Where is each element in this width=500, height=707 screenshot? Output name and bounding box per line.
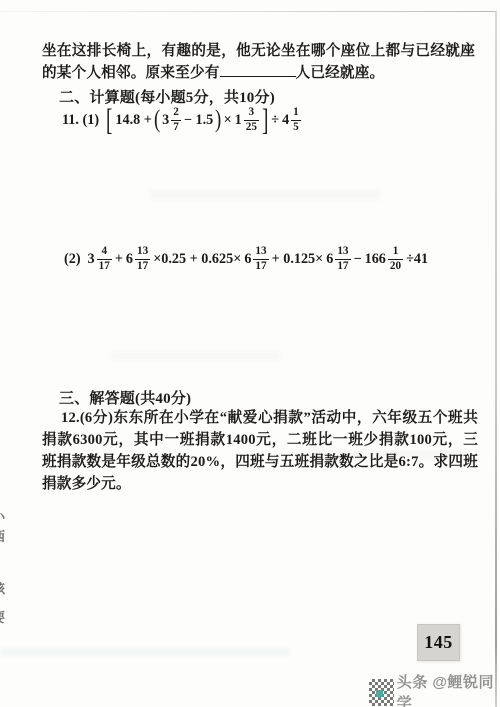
formula-term: + 0.125×: [272, 251, 324, 268]
mixed-number-whole: 166: [365, 251, 386, 268]
fraction: 325: [244, 107, 259, 134]
fraction-numerator: 13: [335, 246, 350, 259]
answer-blank: [220, 63, 296, 77]
watermark: 头条 @鲤锐同学: [369, 671, 500, 707]
page-edge-right: [495, 11, 497, 707]
fraction-numerator: 1: [391, 246, 401, 259]
fraction-numerator: 3: [247, 107, 257, 120]
problem-11-formula-2: (2) 3 417 + 6 1317 ×0.25 + 0.625× 6 1317…: [64, 242, 428, 276]
problem-11-2-label: (2): [64, 251, 81, 268]
fraction-denominator: 20: [388, 259, 403, 273]
exam-page: 坐在这排长椅上，有趣的是，他无论坐在哪个座位上都与已经就座的某个人相邻。原来至少…: [0, 0, 500, 707]
mixed-number-whole: 6: [326, 251, 333, 268]
formula-operator: +: [115, 251, 123, 268]
watermark-text: 头条 @鲤锐同学: [397, 671, 500, 707]
fraction-denominator: 17: [335, 259, 350, 273]
fraction-numerator: 4: [99, 246, 109, 259]
fraction-denominator: 17: [135, 259, 150, 273]
problem-11-formula-1: 11. (1) [ 14.8 + ( 3 27 − 1.5 ) × 1 325 …: [62, 102, 301, 138]
watermark-qr-icon: [369, 679, 394, 706]
fraction: 1317: [253, 246, 268, 273]
fraction: 1317: [135, 246, 150, 273]
scan-light-band: [0, 648, 290, 656]
bleed-through-smudge: [150, 190, 380, 200]
formula-term: 14.8 +: [115, 112, 151, 129]
page-number-badge: 145: [417, 624, 460, 661]
fraction-denominator: 7: [171, 120, 181, 134]
bleed-through-smudge: [110, 352, 280, 360]
margin-fragment: 核: [0, 578, 8, 597]
formula-term: ×0.25 + 0.625×: [153, 251, 241, 268]
mixed-number-whole: 6: [126, 251, 133, 268]
mixed-number-whole: 3: [162, 112, 169, 129]
formula-term: ÷41: [406, 251, 428, 268]
fraction: 15: [291, 107, 301, 134]
margin-fragment: 小: [0, 506, 8, 525]
formula-operator: ÷: [271, 112, 279, 129]
mixed-number-whole: 6: [244, 251, 251, 268]
page-edge-top: [0, 11, 497, 12]
margin-fragment: 西: [0, 526, 8, 545]
intro-text-after-blank: 人已经就座。: [296, 65, 385, 81]
margin-fragment: 要: [0, 607, 8, 626]
problem-12-text: 12.(6分)东东所在小学在“献爱心捐款”活动中，六年级五个班共捐款6300元，…: [42, 407, 478, 495]
fraction-denominator: 5: [291, 120, 301, 134]
formula-term: − 1.5: [184, 112, 213, 129]
mixed-number-whole: 1: [235, 112, 242, 129]
fraction-numerator: 13: [135, 246, 150, 259]
fraction: 27: [171, 107, 181, 134]
fraction-denominator: 17: [253, 259, 268, 273]
fraction-numerator: 2: [171, 107, 181, 120]
intro-paragraph: 坐在这排长椅上，有趣的是，他无论坐在哪个座位上都与已经就座的某个人相邻。原来至少…: [42, 41, 475, 84]
fraction: 417: [97, 246, 112, 273]
formula-operator: −: [354, 251, 362, 268]
fraction-numerator: 13: [253, 246, 268, 259]
fraction: 120: [388, 246, 403, 273]
section-3-header: 三、解答题(共40分): [59, 387, 191, 408]
mixed-number-whole: 3: [88, 251, 95, 268]
mixed-number-whole: 4: [282, 112, 289, 129]
fraction-numerator: 1: [291, 107, 301, 120]
fraction-denominator: 17: [97, 259, 112, 273]
problem-11-label: 11. (1): [62, 112, 99, 129]
fraction: 1317: [335, 246, 350, 273]
fraction-denominator: 25: [244, 120, 259, 134]
formula-operator: ×: [224, 112, 232, 129]
